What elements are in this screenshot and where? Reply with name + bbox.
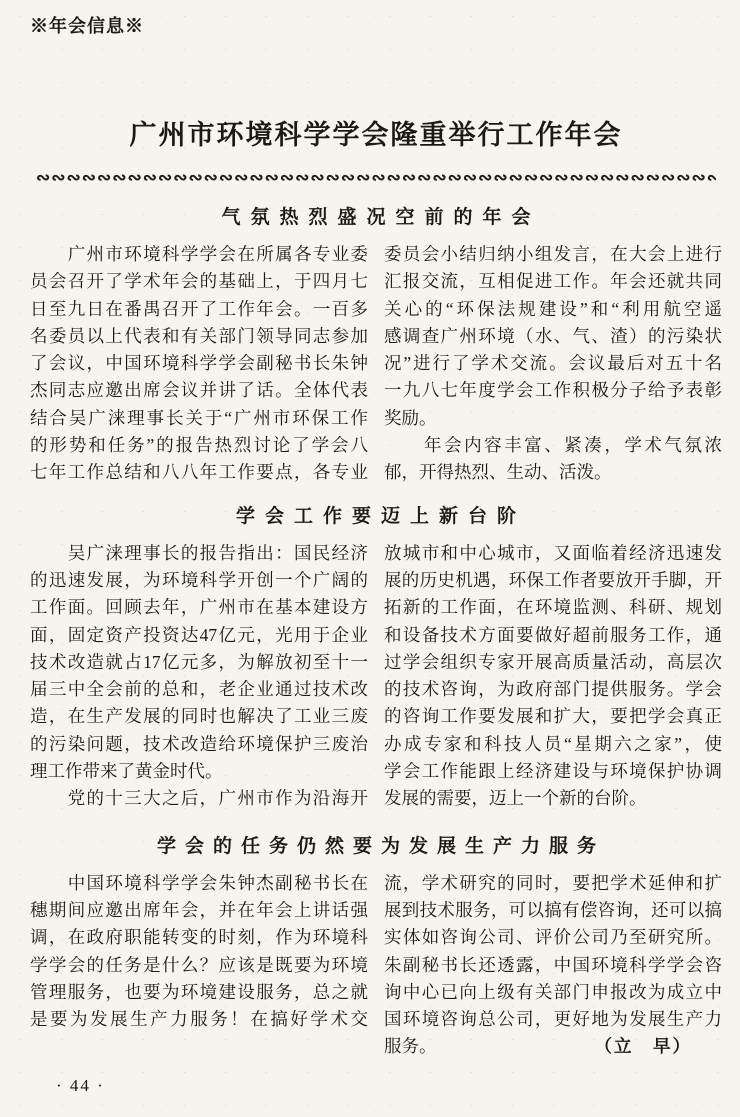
closing-line: 服务。 （立 早）: [384, 1033, 722, 1060]
section-3-columns: 中国环境科学学会朱钟杰副秘书长在穗期间应邀出席年会，并在年会上讲话强调，在政府职…: [30, 870, 722, 1061]
closing-text: 服务。: [384, 1033, 437, 1060]
section-1-column-left: 广州市环境科学学会在所属各专业委员会召开了学术年会的基础上，于四月七日至九日在番…: [30, 241, 368, 487]
section-3-column-right: 流，学术研究的同时，要把学术延伸和扩展到技术服务，可以搞有偿咨询，还可以搞实体如…: [384, 870, 722, 1061]
scanned-article-page: ※年会信息※ 广州市环境科学学会隆重举行工作年会 ∾∾∾∾∾∾∾∾∾∾∾∾∾∾∾…: [0, 0, 740, 1117]
section-2-columns: 吴广涞理事长的报告指出：国民经济的迅速发展，为环境科学开创一个广阔的工作面。回顾…: [30, 540, 722, 813]
section-2-column-right: 放城市和中心城市，又面临着经济迅速发展的历史机遇，环保工作者要放开手脚，开拓新的…: [384, 540, 722, 813]
section-heading-1: 气氛热烈盛况空前的年会: [30, 204, 722, 232]
section-2-column-left: 吴广涞理事长的报告指出：国民经济的迅速发展，为环境科学开创一个广阔的工作面。回顾…: [30, 540, 368, 813]
page-number: · 44 ·: [56, 1076, 105, 1096]
article-title: 广州市环境科学学会隆重举行工作年会: [30, 116, 722, 154]
ornament-separator: ∾∾∾∾∾∾∾∾∾∾∾∾∾∾∾∾∾∾∾∾∾∾∾∾∾∾∾∾∾∾∾∾∾∾∾∾∾∾∾∾…: [36, 168, 716, 188]
section-3-column-left: 中国环境科学学会朱钟杰副秘书长在穗期间应邀出席年会，并在年会上讲话强调，在政府职…: [30, 870, 368, 1061]
section-1-column-right: 委员会小结归纳小组发言，在大会上进行汇报交流，互相促进工作。年会还就共同关心的“…: [384, 241, 722, 487]
author-byline: （立 早）: [595, 1033, 693, 1060]
section-heading-3: 学会的任务仍然要为发展生产力服务: [30, 833, 722, 861]
category-tag: ※年会信息※: [30, 12, 722, 38]
section-heading-2: 学会工作要迈上新台阶: [30, 503, 722, 531]
section-3-right-text: 流，学术研究的同时，要把学术延伸和扩展到技术服务，可以搞有偿咨询，还可以搞实体如…: [384, 870, 722, 1034]
section-1-columns: 广州市环境科学学会在所属各专业委员会召开了学术年会的基础上，于四月七日至九日在番…: [30, 241, 722, 487]
